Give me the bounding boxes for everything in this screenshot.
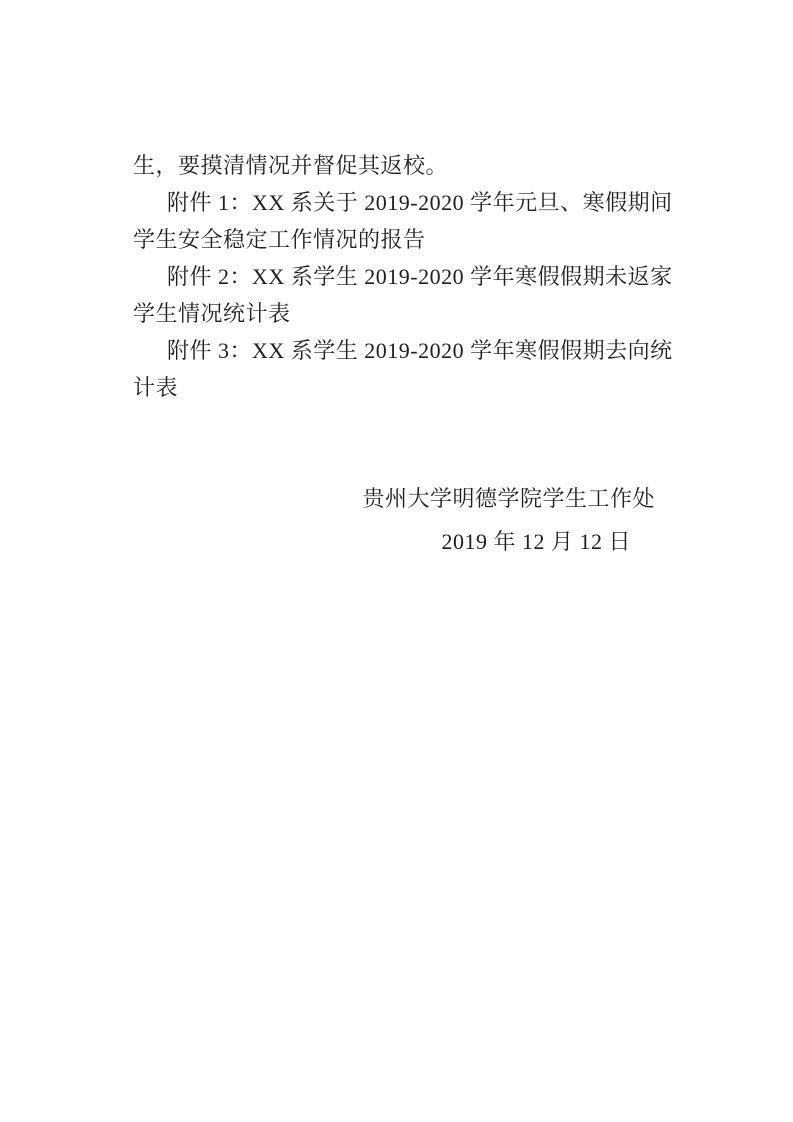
signature-department: 贵州大学明德学院学生工作处 — [0, 477, 655, 520]
attachment-3-line-2: 计表 — [133, 369, 663, 406]
attachment-1-line-2: 学生安全稳定工作情况的报告 — [133, 221, 663, 258]
body-line-continuation: 生，要摸清情况并督促其返校。 — [133, 147, 663, 184]
document-body: 生，要摸清情况并督促其返校。 附件 1：XX 系关于 2019-2020 学年元… — [133, 147, 663, 406]
signature-block: 贵州大学明德学院学生工作处 2019 年 12 月 12 日 — [0, 477, 655, 563]
attachment-2-line-1: 附件 2：XX 系学生 2019-2020 学年寒假假期未返家 — [133, 258, 663, 295]
attachment-3-line-1: 附件 3：XX 系学生 2019-2020 学年寒假假期去向统 — [133, 332, 663, 369]
signature-date: 2019 年 12 月 12 日 — [0, 520, 655, 563]
attachment-1-line-1: 附件 1：XX 系关于 2019-2020 学年元旦、寒假期间 — [133, 184, 663, 221]
document-page: 生，要摸清情况并督促其返校。 附件 1：XX 系关于 2019-2020 学年元… — [0, 0, 793, 1122]
attachment-2-line-2: 学生情况统计表 — [133, 295, 663, 332]
